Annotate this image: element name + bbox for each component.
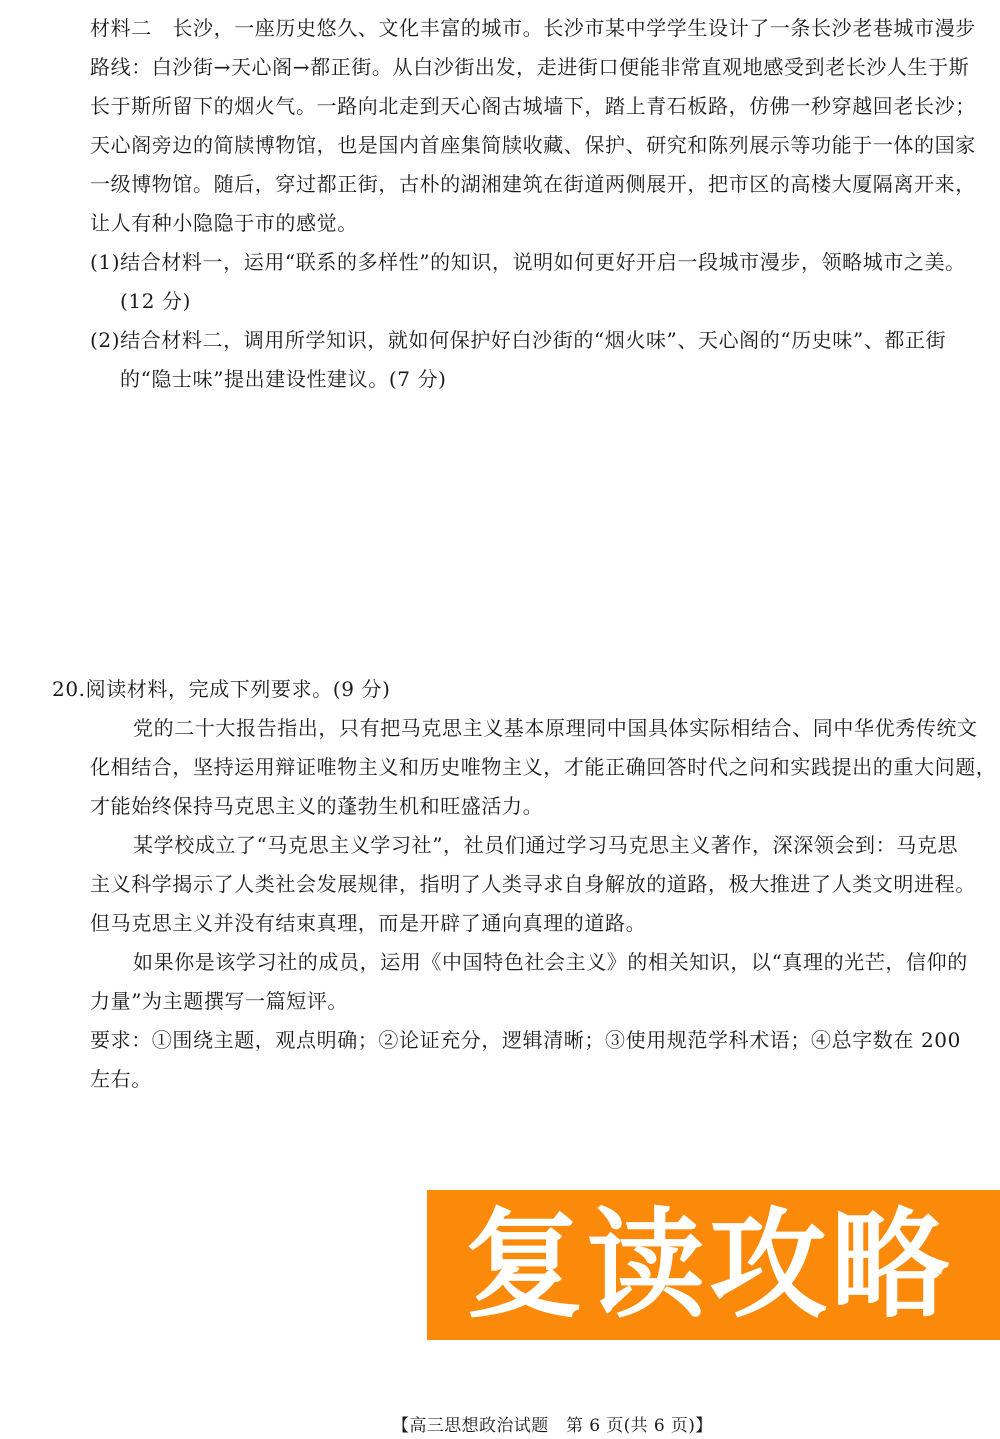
text-line: 主义科学揭示了人类社会发展规律，指明了人类寻求自身解放的道路，极大推进了人类文明… [90,872,976,896]
text-line: 一级博物馆。随后，穿过都正街，古朴的湖湘建筑在街道两侧展开，把市区的高楼大厦隔离… [90,172,976,196]
subquestion-1-score: (12 分) [120,289,191,313]
text-line: 长于斯所留下的烟火气。一路向北走到天心阁古城墙下，踏上青石板路，仿佛一秒穿越回老… [90,94,976,118]
question-20-heading: 20.阅读材料，完成下列要求。(9 分) [52,677,391,701]
requirements-line: 要求：①围绕主题，观点明确；②论证充分，逻辑清晰；③使用规范学科术语；④总字数在… [90,1028,961,1052]
text-line: 路线：白沙街→天心阁→都正街。从白沙街出发，走进街口便能非常直观地感受到老长沙人… [90,55,969,79]
text-line: 但马克思主义并没有结束真理，而是开辟了通向真理的道路。 [90,911,646,935]
subquestion-1: (1)结合材料一，运用“联系的多样性”的知识，说明如何更好开启一段城市漫步，领略… [90,250,966,274]
text-line: 天心阁旁边的简牍博物馆，也是国内首座集简牍收藏、保护、研究和陈列展示等功能于一体… [90,133,976,157]
watermark-text: 复读攻略 [427,1190,953,1340]
text-line: 某学校成立了“马克思主义学习社”，社员们通过学习马克思主义著作，深深领会到：马克… [133,833,958,857]
watermark-banner: 复读攻略 [427,1190,1000,1340]
text-line: 才能始终保持马克思主义的蓬勃生机和旺盛活力。 [90,794,543,818]
page-footer: 【高三思想政治试题 第 6 页(共 6 页)】 [392,1416,713,1436]
text-line: 化相结合，坚持运用辩证唯物主义和历史唯物主义，才能正确回答时代之问和实践提出的重… [90,755,996,779]
text-line: 让人有种小隐隐于市的感觉。 [90,211,358,235]
text-line: 材料二 长沙，一座历史悠久、文化丰富的城市。长沙市某中学学生设计了一条长沙老巷城… [90,16,976,40]
subquestion-2: (2)结合材料二，调用所学知识，就如何保护好白沙街的“烟火味”、天心阁的“历史味… [90,328,946,352]
text-line: 党的二十大报告指出，只有把马克思主义基本原理同中国具体实际相结合、同中华优秀传统… [133,716,978,740]
subquestion-2-continued: 的“隐士味”提出建设性建议。(7 分) [120,367,447,391]
text-line: 如果你是该学习社的成员，运用《中国特色社会主义》的相关知识，以“真理的光芒，信仰… [133,950,968,974]
text-line: 力量”为主题撰写一篇短评。 [90,989,348,1013]
requirements-line: 左右。 [90,1067,152,1091]
